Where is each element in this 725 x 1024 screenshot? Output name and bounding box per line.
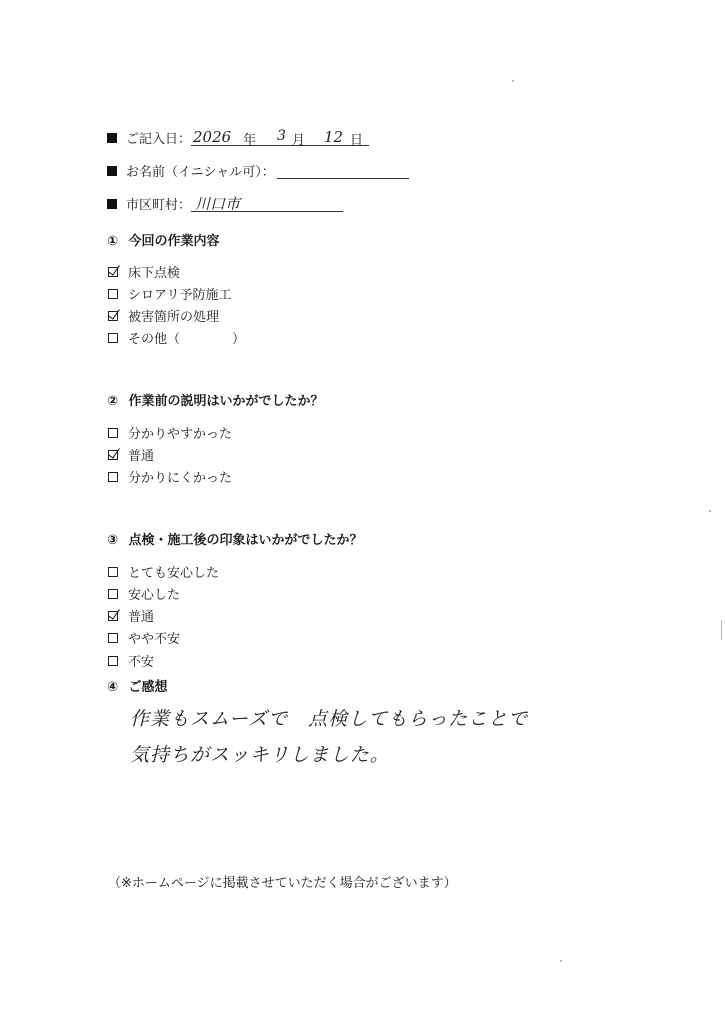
option-label: 被害箇所の処理 — [128, 306, 219, 325]
section-4-heading: ご感想 — [129, 680, 168, 695]
comment-line-2: 気持ちがスッキリしました。 — [130, 740, 390, 767]
checkbox[interactable] — [108, 567, 118, 577]
date-day-unit: 日 — [350, 129, 363, 148]
option-label: 不安 — [128, 651, 154, 670]
date-year-value: 2026 — [193, 128, 231, 146]
option-label: シロアリ予防施工 — [128, 284, 231, 303]
option-very-reassured[interactable]: とても安心した — [108, 562, 219, 581]
footer-note: （※ホームページに掲載させていただく場合がございます） — [108, 872, 457, 891]
option-label: その他（ ） — [128, 328, 245, 347]
section-1-heading: 今回の作業内容 — [129, 234, 220, 249]
checkbox-checked[interactable] — [108, 267, 118, 277]
checkbox-checked[interactable] — [108, 611, 118, 621]
option-easy-to-understand[interactable]: 分かりやすかった — [108, 423, 232, 442]
date-day-value: 12 — [324, 128, 343, 146]
option-hard-to-understand[interactable]: 分かりにくかった — [108, 467, 232, 486]
option-label: 床下点検 — [128, 262, 180, 281]
square-bullet-icon — [107, 133, 117, 143]
section-3-heading: 点検・施工後の印象はいかがでしたか？ — [129, 533, 363, 548]
name-label: お名前（イニシャル可）： — [126, 161, 275, 180]
section-2-heading: 作業前の説明はいかがでしたか？ — [129, 394, 324, 409]
comment-line-1: 作業もスムーズで 点検してもらったことで — [130, 704, 528, 731]
name-field[interactable] — [277, 162, 409, 179]
option-label: やや不安 — [128, 628, 180, 647]
date-month-unit: 月 — [292, 129, 305, 148]
city-label: 市区町村： — [126, 194, 191, 213]
scan-speck — [709, 510, 711, 512]
date-month-value: 3 — [277, 128, 286, 144]
option-termite-prevention[interactable]: シロアリ予防施工 — [108, 284, 231, 303]
city-value: 川口市 — [195, 193, 240, 214]
square-bullet-icon — [107, 199, 117, 209]
section-4-number: ④ — [107, 680, 118, 695]
option-label: 普通 — [128, 445, 154, 464]
option-damage-treatment[interactable]: 被害箇所の処理 — [108, 306, 219, 325]
option-label: 分かりやすかった — [128, 423, 232, 442]
checkbox[interactable] — [108, 633, 118, 643]
scan-speck — [721, 620, 722, 640]
section-1-title: ① 今回の作業内容 — [107, 230, 220, 249]
date-label: ご記入日： — [126, 128, 191, 147]
checkbox[interactable] — [108, 656, 118, 666]
city-field-row: 市区町村： 川口市 — [107, 194, 343, 213]
option-label: 安心した — [128, 584, 180, 603]
option-somewhat-anxious[interactable]: やや不安 — [108, 628, 180, 647]
option-anxious[interactable]: 不安 — [108, 651, 154, 670]
date-year-unit: 年 — [243, 129, 256, 148]
section-2-title: ② 作業前の説明はいかがでしたか？ — [107, 390, 324, 409]
option-underfloor-inspection[interactable]: 床下点検 — [108, 262, 180, 281]
city-field[interactable]: 川口市 — [191, 195, 343, 212]
scan-speck — [560, 960, 562, 962]
section-2-number: ② — [107, 394, 118, 409]
option-label: とても安心した — [128, 562, 219, 581]
checkbox[interactable] — [108, 333, 118, 343]
option-label: 普通 — [128, 606, 154, 625]
name-field-row: お名前（イニシャル可）： — [107, 161, 409, 180]
checkbox-checked[interactable] — [108, 311, 118, 321]
checkbox[interactable] — [108, 428, 118, 438]
option-normal-impression[interactable]: 普通 — [108, 606, 154, 625]
checkbox-checked[interactable] — [108, 450, 118, 460]
square-bullet-icon — [107, 166, 117, 176]
date-field[interactable]: 2026 年 3 月 12 日 — [191, 129, 369, 146]
checkbox[interactable] — [108, 289, 118, 299]
option-normal[interactable]: 普通 — [108, 445, 154, 464]
section-3-number: ③ — [107, 533, 118, 548]
section-1-number: ① — [107, 234, 118, 249]
option-other[interactable]: その他（ ） — [108, 328, 245, 347]
option-reassured[interactable]: 安心した — [108, 584, 180, 603]
scan-speck — [512, 80, 514, 82]
section-4-title: ④ ご感想 — [107, 676, 168, 695]
checkbox[interactable] — [108, 472, 118, 482]
option-label: 分かりにくかった — [128, 467, 232, 486]
section-3-title: ③ 点検・施工後の印象はいかがでしたか？ — [107, 529, 363, 548]
checkbox[interactable] — [108, 589, 118, 599]
date-field-row: ご記入日： 2026 年 3 月 12 日 — [107, 128, 369, 147]
